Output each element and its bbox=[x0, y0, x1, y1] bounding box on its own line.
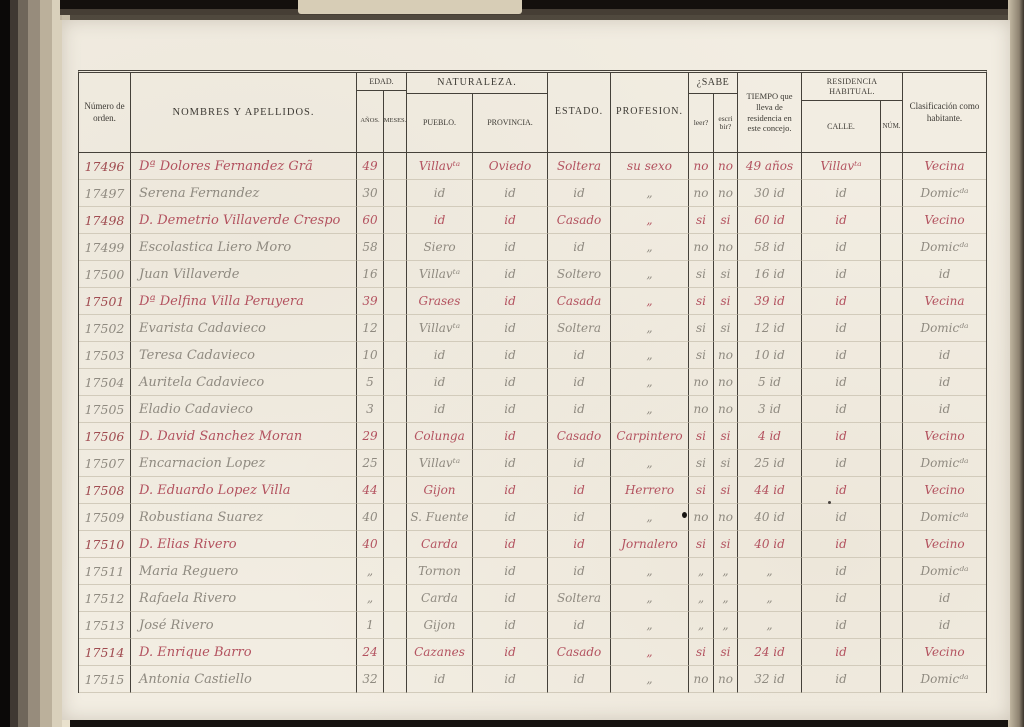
cell-estado: id bbox=[548, 477, 611, 504]
cell-sabe-escribir: „ bbox=[714, 612, 738, 639]
cell-estado: id bbox=[548, 531, 611, 558]
cell-calle: id bbox=[802, 639, 881, 666]
cell-profesion: „ bbox=[611, 315, 689, 342]
cell-clasificacion: id bbox=[903, 261, 986, 288]
cell-sabe-escribir: si bbox=[714, 477, 738, 504]
cell-num-calle bbox=[881, 558, 903, 585]
cell-clasificacion: id bbox=[903, 369, 986, 396]
cell-tiempo-residencia: 30 id bbox=[738, 180, 802, 207]
cell-pueblo: Carda bbox=[407, 531, 473, 558]
cell-provincia: Oviedo bbox=[473, 153, 548, 180]
cell-nombre: D. Elias Rivero bbox=[131, 531, 357, 558]
cell-clasificacion: Domicᵈᵃ bbox=[903, 180, 986, 207]
cell-clasificacion: Vecino bbox=[903, 207, 986, 234]
cell-numero-orden: 17505 bbox=[79, 396, 131, 423]
table-header: Número de orden. NOMBRES Y APELLIDOS. ED… bbox=[79, 73, 986, 153]
cell-edad-meses bbox=[384, 477, 407, 504]
cell-sabe-leer: si bbox=[689, 207, 714, 234]
cell-tiempo-residencia: 39 id bbox=[738, 288, 802, 315]
cell-provincia: id bbox=[473, 369, 548, 396]
cell-provincia: id bbox=[473, 396, 548, 423]
cell-edad-anos: „ bbox=[357, 585, 384, 612]
table-row: 17507 Encarnacion Lopez 25 Villavᵗᵃ id i… bbox=[79, 450, 986, 477]
cell-nombre: Robustiana Suarez bbox=[131, 504, 357, 531]
cell-sabe-escribir: no bbox=[714, 180, 738, 207]
cell-tiempo-residencia: „ bbox=[738, 612, 802, 639]
cell-tiempo-residencia: 49 años bbox=[738, 153, 802, 180]
cell-sabe-escribir: „ bbox=[714, 585, 738, 612]
cell-numero-orden: 17512 bbox=[79, 585, 131, 612]
cell-tiempo-residencia: 44 id bbox=[738, 477, 802, 504]
cell-num-calle bbox=[881, 180, 903, 207]
cell-sabe-leer: si bbox=[689, 450, 714, 477]
cell-numero-orden: 17513 bbox=[79, 612, 131, 639]
cell-sabe-leer: si bbox=[689, 288, 714, 315]
cell-numero-orden: 17499 bbox=[79, 234, 131, 261]
cell-tiempo-residencia: 25 id bbox=[738, 450, 802, 477]
table-row: 17515 Antonia Castiello 32 id id id „ no… bbox=[79, 666, 986, 693]
header-sabe: ¿SABE bbox=[689, 73, 737, 94]
cell-clasificacion: Vecino bbox=[903, 423, 986, 450]
cell-edad-anos: 12 bbox=[357, 315, 384, 342]
cell-profesion: „ bbox=[611, 504, 689, 531]
cell-sabe-leer: no bbox=[689, 504, 714, 531]
cell-sabe-leer: si bbox=[689, 261, 714, 288]
table-row: 17501 Dª Delfina Villa Peruyera 39 Grase… bbox=[79, 288, 986, 315]
cell-nombre: José Rivero bbox=[131, 612, 357, 639]
cell-calle: id bbox=[802, 261, 881, 288]
cell-provincia: id bbox=[473, 639, 548, 666]
cell-num-calle bbox=[881, 423, 903, 450]
cell-profesion: „ bbox=[611, 396, 689, 423]
header-calle: CALLE. bbox=[802, 101, 881, 152]
cell-edad-meses bbox=[384, 531, 407, 558]
cell-sabe-escribir: si bbox=[714, 531, 738, 558]
cell-edad-meses bbox=[384, 342, 407, 369]
cell-nombre: Rafaela Rivero bbox=[131, 585, 357, 612]
cell-nombre: D. David Sanchez Moran bbox=[131, 423, 357, 450]
header-estado: ESTADO. bbox=[548, 73, 611, 153]
cell-edad-meses bbox=[384, 423, 407, 450]
table-row: 17510 D. Elias Rivero 40 Carda id id Jor… bbox=[79, 531, 986, 558]
cell-numero-orden: 17515 bbox=[79, 666, 131, 693]
cell-pueblo: id bbox=[407, 207, 473, 234]
cell-clasificacion: id bbox=[903, 396, 986, 423]
cell-calle: id bbox=[802, 558, 881, 585]
header-numero-de-orden: Número de orden. bbox=[79, 73, 131, 153]
cell-sabe-leer: no bbox=[689, 234, 714, 261]
cell-sabe-escribir: si bbox=[714, 288, 738, 315]
cell-sabe-escribir: no bbox=[714, 342, 738, 369]
cell-provincia: id bbox=[473, 531, 548, 558]
cell-num-calle bbox=[881, 153, 903, 180]
cell-provincia: id bbox=[473, 180, 548, 207]
cell-tiempo-residencia: 5 id bbox=[738, 369, 802, 396]
cell-calle: id bbox=[802, 612, 881, 639]
cell-sabe-escribir: no bbox=[714, 504, 738, 531]
cell-edad-anos: 40 bbox=[357, 504, 384, 531]
cell-clasificacion: id bbox=[903, 342, 986, 369]
cell-calle: id bbox=[802, 180, 881, 207]
cell-calle: id bbox=[802, 369, 881, 396]
cell-profesion: su sexo bbox=[611, 153, 689, 180]
cell-numero-orden: 17500 bbox=[79, 261, 131, 288]
cell-clasificacion: Domicᵈᵃ bbox=[903, 504, 986, 531]
cell-tiempo-residencia: 12 id bbox=[738, 315, 802, 342]
cell-profesion: „ bbox=[611, 180, 689, 207]
cell-edad-anos: 44 bbox=[357, 477, 384, 504]
cell-calle: id bbox=[802, 342, 881, 369]
cell-calle: id bbox=[802, 315, 881, 342]
cell-sabe-escribir: si bbox=[714, 639, 738, 666]
cell-provincia: id bbox=[473, 504, 548, 531]
cell-profesion: „ bbox=[611, 450, 689, 477]
cell-edad-meses bbox=[384, 180, 407, 207]
cell-numero-orden: 17498 bbox=[79, 207, 131, 234]
cell-nombre: Dª Dolores Fernandez Grã bbox=[131, 153, 357, 180]
cell-edad-anos: 60 bbox=[357, 207, 384, 234]
cell-pueblo: S. Fuente bbox=[407, 504, 473, 531]
cell-profesion: Herrero bbox=[611, 477, 689, 504]
cell-edad-meses bbox=[384, 396, 407, 423]
cell-edad-anos: 24 bbox=[357, 639, 384, 666]
cell-num-calle bbox=[881, 612, 903, 639]
table-row: 17514 D. Enrique Barro 24 Cazanes id Cas… bbox=[79, 639, 986, 666]
cell-profesion: „ bbox=[611, 639, 689, 666]
cell-profesion: „ bbox=[611, 342, 689, 369]
header-edad-group: EDAD. AÑOS. MESES. bbox=[357, 73, 407, 153]
header-pueblo: PUEBLO. bbox=[407, 94, 473, 153]
cell-edad-meses bbox=[384, 207, 407, 234]
cell-numero-orden: 17497 bbox=[79, 180, 131, 207]
cell-profesion: Jornalero bbox=[611, 531, 689, 558]
header-edad: EDAD. bbox=[357, 73, 406, 91]
cell-calle: id bbox=[802, 207, 881, 234]
header-num: NÚM. bbox=[881, 101, 902, 152]
cell-estado: Soltera bbox=[548, 153, 611, 180]
cell-numero-orden: 17496 bbox=[79, 153, 131, 180]
table-row: 17511 Maria Reguero „ Tornon id id „ „ „… bbox=[79, 558, 986, 585]
cell-provincia: id bbox=[473, 585, 548, 612]
cell-num-calle bbox=[881, 342, 903, 369]
cell-sabe-leer: no bbox=[689, 666, 714, 693]
cell-pueblo: id bbox=[407, 396, 473, 423]
cell-sabe-escribir: si bbox=[714, 261, 738, 288]
cell-estado: id bbox=[548, 504, 611, 531]
cell-sabe-escribir: si bbox=[714, 315, 738, 342]
cell-estado: id bbox=[548, 396, 611, 423]
cell-edad-meses bbox=[384, 504, 407, 531]
cell-num-calle bbox=[881, 396, 903, 423]
cell-sabe-escribir: no bbox=[714, 234, 738, 261]
cell-tiempo-residencia: 24 id bbox=[738, 639, 802, 666]
cell-pueblo: Siero bbox=[407, 234, 473, 261]
cell-provincia: id bbox=[473, 288, 548, 315]
cell-estado: id bbox=[548, 180, 611, 207]
cell-calle: id bbox=[802, 585, 881, 612]
cell-pueblo: Carda bbox=[407, 585, 473, 612]
cell-edad-meses bbox=[384, 153, 407, 180]
cell-tiempo-residencia: 3 id bbox=[738, 396, 802, 423]
cell-nombre: Evarista Cadavieco bbox=[131, 315, 357, 342]
table-row: 17513 José Rivero 1 Gijon id id „ „ „ „ … bbox=[79, 612, 986, 639]
header-escribir: escri bir? bbox=[714, 94, 737, 153]
cell-estado: id bbox=[548, 612, 611, 639]
cell-num-calle bbox=[881, 666, 903, 693]
cell-num-calle bbox=[881, 315, 903, 342]
cell-nombre: Serena Fernandez bbox=[131, 180, 357, 207]
cell-edad-anos: 58 bbox=[357, 234, 384, 261]
page-right-edge bbox=[1008, 0, 1024, 727]
cell-pueblo: Grases bbox=[407, 288, 473, 315]
cell-num-calle bbox=[881, 639, 903, 666]
cell-tiempo-residencia: 4 id bbox=[738, 423, 802, 450]
cell-sabe-leer: „ bbox=[689, 612, 714, 639]
cell-profesion: „ bbox=[611, 261, 689, 288]
table-row: 17504 Auritela Cadavieco 5 id id id „ no… bbox=[79, 369, 986, 396]
cell-calle: id bbox=[802, 450, 881, 477]
cell-calle: id bbox=[802, 288, 881, 315]
table-row: 17497 Serena Fernandez 30 id id id „ no … bbox=[79, 180, 986, 207]
cell-estado: id bbox=[548, 450, 611, 477]
header-residencia-habitual: RESIDENCIA HABITUAL. bbox=[802, 73, 902, 101]
cell-edad-meses bbox=[384, 369, 407, 396]
cell-edad-anos: 16 bbox=[357, 261, 384, 288]
cell-nombre: Dª Delfina Villa Peruyera bbox=[131, 288, 357, 315]
cell-provincia: id bbox=[473, 423, 548, 450]
header-tiempo-residencia: TIEMPO que lleva de residencia en este c… bbox=[738, 73, 802, 153]
cell-sabe-escribir: si bbox=[714, 207, 738, 234]
table-body: 17496 Dª Dolores Fernandez Grã 49 Villav… bbox=[79, 153, 986, 693]
cell-edad-anos: 30 bbox=[357, 180, 384, 207]
cell-edad-meses bbox=[384, 558, 407, 585]
cell-profesion: „ bbox=[611, 234, 689, 261]
cell-pueblo: id bbox=[407, 342, 473, 369]
cell-edad-anos: 49 bbox=[357, 153, 384, 180]
cell-calle: Villavᵗᵃ bbox=[802, 153, 881, 180]
cell-sabe-leer: „ bbox=[689, 585, 714, 612]
cell-edad-anos: 5 bbox=[357, 369, 384, 396]
table-row: 17508 D. Eduardo Lopez Villa 44 Gijon id… bbox=[79, 477, 986, 504]
cell-clasificacion: Vecina bbox=[903, 288, 986, 315]
cell-num-calle bbox=[881, 207, 903, 234]
cell-tiempo-residencia: 40 id bbox=[738, 504, 802, 531]
cell-pueblo: Villavᵗᵃ bbox=[407, 153, 473, 180]
cell-estado: Casada bbox=[548, 288, 611, 315]
cell-numero-orden: 17514 bbox=[79, 639, 131, 666]
cell-edad-anos: 25 bbox=[357, 450, 384, 477]
cell-profesion: „ bbox=[611, 369, 689, 396]
cell-num-calle bbox=[881, 504, 903, 531]
cell-calle: id bbox=[802, 504, 881, 531]
cell-estado: id bbox=[548, 666, 611, 693]
cell-nombre: Auritela Cadavieco bbox=[131, 369, 357, 396]
cell-profesion: „ bbox=[611, 207, 689, 234]
cell-clasificacion: Vecino bbox=[903, 531, 986, 558]
cell-clasificacion: Domicᵈᵃ bbox=[903, 666, 986, 693]
cell-numero-orden: 17503 bbox=[79, 342, 131, 369]
cell-nombre: Encarnacion Lopez bbox=[131, 450, 357, 477]
cell-provincia: id bbox=[473, 234, 548, 261]
cell-sabe-leer: no bbox=[689, 369, 714, 396]
cell-edad-anos: 40 bbox=[357, 531, 384, 558]
header-provincia: PROVINCIA. bbox=[473, 94, 547, 153]
table-row: 17512 Rafaela Rivero „ Carda id Soltera … bbox=[79, 585, 986, 612]
cell-calle: id bbox=[802, 531, 881, 558]
table-row: 17503 Teresa Cadavieco 10 id id id „ si … bbox=[79, 342, 986, 369]
cell-estado: Soltera bbox=[548, 585, 611, 612]
cell-profesion: „ bbox=[611, 612, 689, 639]
cell-sabe-escribir: no bbox=[714, 369, 738, 396]
cell-sabe-escribir: si bbox=[714, 450, 738, 477]
cell-provincia: id bbox=[473, 612, 548, 639]
cell-calle: id bbox=[802, 666, 881, 693]
cell-pueblo: Gijon bbox=[407, 477, 473, 504]
cell-edad-anos: 10 bbox=[357, 342, 384, 369]
book-page-edges bbox=[0, 0, 70, 727]
cell-pueblo: Villavᵗᵃ bbox=[407, 261, 473, 288]
cell-clasificacion: Domicᵈᵃ bbox=[903, 450, 986, 477]
cell-pueblo: Gijon bbox=[407, 612, 473, 639]
cell-edad-anos: 1 bbox=[357, 612, 384, 639]
cell-sabe-leer: si bbox=[689, 423, 714, 450]
cell-nombre: Maria Reguero bbox=[131, 558, 357, 585]
header-naturaleza: NATURALEZA. bbox=[407, 73, 547, 94]
cell-calle: id bbox=[802, 423, 881, 450]
cell-clasificacion: Domicᵈᵃ bbox=[903, 558, 986, 585]
cell-calle: id bbox=[802, 396, 881, 423]
cell-sabe-escribir: „ bbox=[714, 558, 738, 585]
cell-edad-meses bbox=[384, 639, 407, 666]
census-table: Número de orden. NOMBRES Y APELLIDOS. ED… bbox=[78, 70, 987, 693]
cell-estado: Casado bbox=[548, 639, 611, 666]
table-row: 17500 Juan Villaverde 16 Villavᵗᵃ id Sol… bbox=[79, 261, 986, 288]
cell-sabe-leer: no bbox=[689, 396, 714, 423]
cell-sabe-leer: no bbox=[689, 153, 714, 180]
cell-tiempo-residencia: 40 id bbox=[738, 531, 802, 558]
cell-edad-meses bbox=[384, 585, 407, 612]
cell-sabe-escribir: no bbox=[714, 153, 738, 180]
cell-pueblo: id bbox=[407, 369, 473, 396]
cell-pueblo: Villavᵗᵃ bbox=[407, 315, 473, 342]
cell-pueblo: Cazanes bbox=[407, 639, 473, 666]
cell-edad-meses bbox=[384, 261, 407, 288]
cell-provincia: id bbox=[473, 207, 548, 234]
cell-provincia: id bbox=[473, 315, 548, 342]
cell-edad-meses bbox=[384, 666, 407, 693]
cell-numero-orden: 17511 bbox=[79, 558, 131, 585]
cell-edad-anos: 3 bbox=[357, 396, 384, 423]
cell-sabe-escribir: si bbox=[714, 423, 738, 450]
cell-numero-orden: 17501 bbox=[79, 288, 131, 315]
cell-profesion: „ bbox=[611, 585, 689, 612]
cell-sabe-leer: no bbox=[689, 180, 714, 207]
cell-pueblo: id bbox=[407, 666, 473, 693]
cell-numero-orden: 17510 bbox=[79, 531, 131, 558]
cell-num-calle bbox=[881, 261, 903, 288]
cell-num-calle bbox=[881, 369, 903, 396]
cell-estado: id bbox=[548, 342, 611, 369]
header-anos: AÑOS. bbox=[357, 91, 384, 152]
header-nombres-y-apellidos: NOMBRES Y APELLIDOS. bbox=[131, 73, 357, 153]
cell-num-calle bbox=[881, 234, 903, 261]
cell-nombre: Escolastica Liero Moro bbox=[131, 234, 357, 261]
cell-pueblo: Tornon bbox=[407, 558, 473, 585]
cell-edad-anos: „ bbox=[357, 558, 384, 585]
cell-numero-orden: 17507 bbox=[79, 450, 131, 477]
ink-speck bbox=[828, 501, 831, 504]
cell-tiempo-residencia: „ bbox=[738, 558, 802, 585]
cell-provincia: id bbox=[473, 450, 548, 477]
header-naturaleza-group: NATURALEZA. PUEBLO. PROVINCIA. bbox=[407, 73, 548, 153]
cell-sabe-leer: si bbox=[689, 477, 714, 504]
cell-clasificacion: id bbox=[903, 585, 986, 612]
cell-pueblo: id bbox=[407, 180, 473, 207]
cell-estado: id bbox=[548, 234, 611, 261]
cell-clasificacion: Domicᵈᵃ bbox=[903, 315, 986, 342]
cell-estado: Casado bbox=[548, 423, 611, 450]
cell-tiempo-residencia: 58 id bbox=[738, 234, 802, 261]
cell-nombre: Eladio Cadavieco bbox=[131, 396, 357, 423]
table-row: 17502 Evarista Cadavieco 12 Villavᵗᵃ id … bbox=[79, 315, 986, 342]
cell-clasificacion: Domicᵈᵃ bbox=[903, 234, 986, 261]
cell-profesion: „ bbox=[611, 666, 689, 693]
table-row: 17505 Eladio Cadavieco 3 id id id „ no n… bbox=[79, 396, 986, 423]
cell-profesion: Carpintero bbox=[611, 423, 689, 450]
cell-sabe-leer: si bbox=[689, 639, 714, 666]
cell-provincia: id bbox=[473, 558, 548, 585]
cell-provincia: id bbox=[473, 342, 548, 369]
cell-estado: Soltero bbox=[548, 261, 611, 288]
cell-edad-meses bbox=[384, 288, 407, 315]
cell-tiempo-residencia: 16 id bbox=[738, 261, 802, 288]
cell-tiempo-residencia: „ bbox=[738, 585, 802, 612]
cell-numero-orden: 17508 bbox=[79, 477, 131, 504]
cell-edad-meses bbox=[384, 450, 407, 477]
cell-clasificacion: Vecino bbox=[903, 477, 986, 504]
cell-sabe-escribir: no bbox=[714, 666, 738, 693]
cell-tiempo-residencia: 60 id bbox=[738, 207, 802, 234]
cell-numero-orden: 17506 bbox=[79, 423, 131, 450]
table-row: 17506 D. David Sanchez Moran 29 Colunga … bbox=[79, 423, 986, 450]
cell-tiempo-residencia: 10 id bbox=[738, 342, 802, 369]
table-row: 17498 D. Demetrio Villaverde Crespo 60 i… bbox=[79, 207, 986, 234]
table-row: 17499 Escolastica Liero Moro 58 Siero id… bbox=[79, 234, 986, 261]
cell-estado: id bbox=[548, 558, 611, 585]
cell-sabe-leer: si bbox=[689, 531, 714, 558]
cell-provincia: id bbox=[473, 666, 548, 693]
cell-estado: id bbox=[548, 369, 611, 396]
header-profesion: PROFESION. bbox=[611, 73, 689, 153]
cell-clasificacion: Vecino bbox=[903, 639, 986, 666]
cell-provincia: id bbox=[473, 477, 548, 504]
cell-num-calle bbox=[881, 477, 903, 504]
cell-nombre: Juan Villaverde bbox=[131, 261, 357, 288]
cell-edad-anos: 39 bbox=[357, 288, 384, 315]
cell-nombre: Antonia Castiello bbox=[131, 666, 357, 693]
cell-num-calle bbox=[881, 531, 903, 558]
cell-nombre: D. Enrique Barro bbox=[131, 639, 357, 666]
cell-nombre: D. Demetrio Villaverde Crespo bbox=[131, 207, 357, 234]
cell-pueblo: Villavᵗᵃ bbox=[407, 450, 473, 477]
header-leer: leer? bbox=[689, 94, 714, 153]
cell-estado: Casado bbox=[548, 207, 611, 234]
cell-numero-orden: 17504 bbox=[79, 369, 131, 396]
cell-sabe-escribir: no bbox=[714, 396, 738, 423]
header-sabe-group: ¿SABE leer? escri bir? bbox=[689, 73, 738, 153]
cell-edad-meses bbox=[384, 234, 407, 261]
cell-calle: id bbox=[802, 234, 881, 261]
